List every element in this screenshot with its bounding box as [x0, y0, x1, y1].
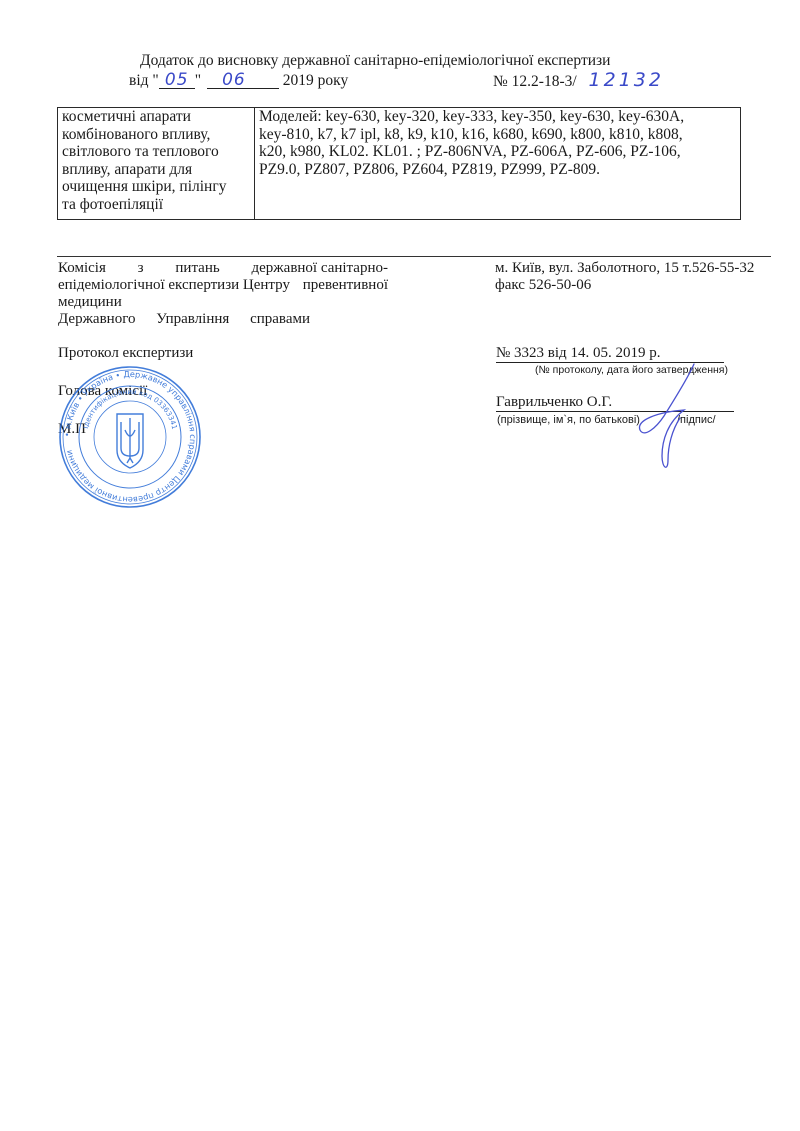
address-block: м. Київ, вул. Заболотного, 15 т.526-55-3…	[495, 260, 754, 294]
models-line: Моделей: key-630, key-320, key-333, key-…	[259, 108, 736, 126]
commission-word: Комісія	[58, 260, 106, 277]
category-line: комбінованого впливу,	[62, 126, 250, 144]
commission-word: державної санітарно-	[252, 260, 388, 277]
number-handwritten: 12132	[589, 69, 664, 91]
commission-word: превентивної	[303, 277, 388, 294]
document-title: Додаток до висновку державної санітарно-…	[140, 52, 610, 70]
trident-emblem-icon	[117, 414, 143, 468]
date-prefix: від "	[129, 72, 159, 89]
commission-line-4: Державного Управління справами	[58, 311, 310, 328]
commission-block: Комісія з питань державної санітарно- еп…	[58, 260, 388, 328]
commission-line-3: медицини	[58, 294, 388, 311]
table-row: косметичні апарати комбінованого впливу,…	[58, 108, 741, 220]
date-day-handwritten: 05	[165, 70, 189, 90]
category-line: очищення шкіри, пілінгу	[62, 178, 250, 196]
date-day-field: 05	[159, 71, 195, 89]
signature-icon	[628, 360, 714, 480]
product-table: косметичні апарати комбінованого впливу,…	[57, 107, 741, 220]
models-line: PZ9.0, PZ807, PZ806, PZ604, PZ819, PZ999…	[259, 161, 736, 179]
address-line-2: факс 526-50-06	[495, 277, 754, 294]
official-stamp-icon: • м.Київ • Україна • Державне управління…	[57, 364, 203, 510]
category-line: впливу, апарати для	[62, 161, 250, 179]
category-line: світлового та теплового	[62, 143, 250, 161]
commission-word: питань	[175, 260, 219, 277]
commission-line-2: епідеміологічної експертизи Центру преве…	[58, 277, 388, 294]
models-line: k20, k980, KL02. KL01. ; PZ-806NVA, PZ-6…	[259, 143, 736, 161]
commission-word: справами	[250, 311, 310, 328]
category-line: косметичні апарати	[62, 108, 250, 126]
head-name: Гаврильченко О.Г.	[496, 394, 612, 410]
product-category-cell: косметичні апарати комбінованого впливу,…	[58, 108, 255, 220]
number-prefix: № 12.2-18-3/	[493, 73, 577, 90]
header-date-line: від "05" 06 2019 року	[129, 71, 348, 90]
head-caption-name: (прізвище, ім`я, по батькові)	[497, 414, 640, 426]
commission-word: Управління	[156, 311, 229, 328]
date-month-field: 06	[207, 71, 279, 89]
protocol-label: Протокол експертизи	[58, 345, 193, 362]
divider-line	[57, 256, 771, 257]
commission-line-1: Комісія з питань державної санітарно-	[58, 260, 388, 277]
commission-word: з	[138, 260, 144, 277]
commission-word: Державного	[58, 311, 135, 328]
protocol-number-date: № 3323 від 14. 05. 2019 р.	[496, 345, 660, 361]
models-line: key-810, k7, k7 ipl, k8, k9, k10, k16, k…	[259, 126, 736, 144]
header-number-line: № 12.2-18-3/ 12132	[493, 71, 664, 91]
date-month-handwritten: 06	[222, 70, 246, 90]
category-line: та фотоепіляції	[62, 196, 250, 214]
product-models-cell: Моделей: key-630, key-320, key-333, key-…	[255, 108, 741, 220]
date-quote-close: "	[195, 72, 201, 89]
address-line-1: м. Київ, вул. Заболотного, 15 т.526-55-3…	[495, 260, 754, 277]
commission-word: епідеміологічної експертизи Центру	[58, 277, 290, 294]
date-year: 2019 року	[283, 72, 348, 89]
